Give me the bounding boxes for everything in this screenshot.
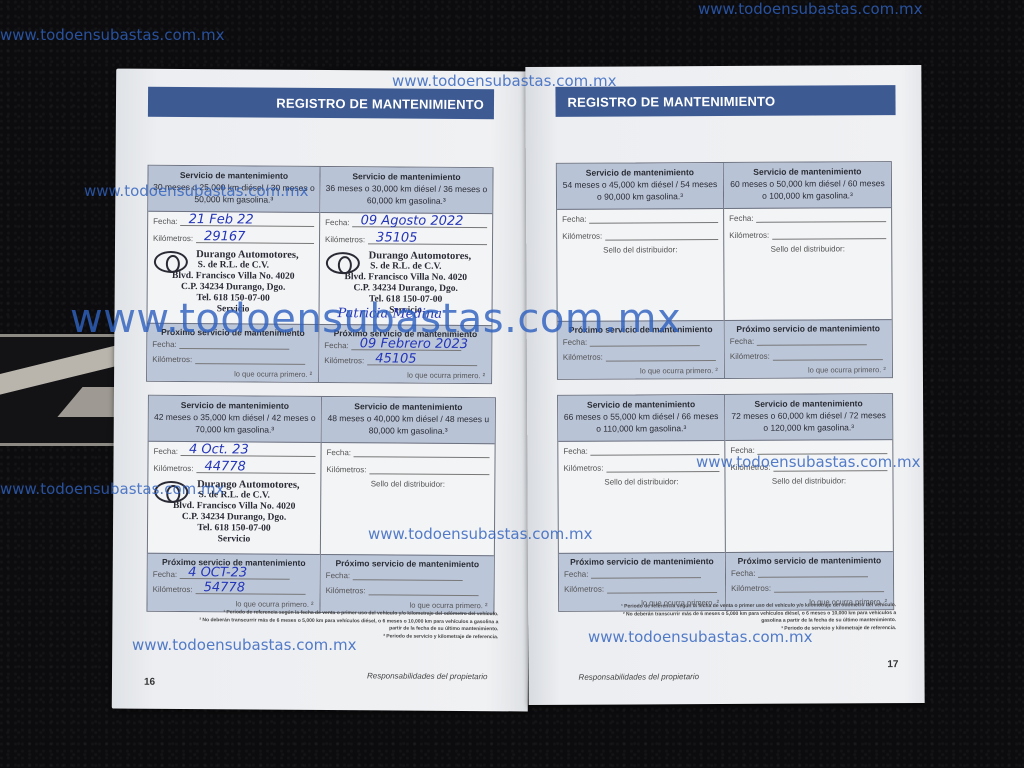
fecha-field[interactable]: Fecha: (322, 443, 495, 461)
handwritten-value: 45105 (375, 351, 416, 366)
fecha-field[interactable]: Fecha:09 Agosto 2022 (320, 213, 492, 231)
service-header: Servicio de mantenimiento 72 meses o 60,… (725, 394, 892, 441)
kilometros-input[interactable] (772, 229, 886, 240)
next-kilometros-input[interactable] (607, 583, 717, 594)
kilometros-label: Kilómetros: (730, 352, 770, 361)
stamp-area (321, 488, 494, 555)
footnotes: ¹ Periodo de referencia según la fecha d… (606, 602, 896, 634)
fecha-input[interactable] (354, 447, 490, 458)
service-interval: 30 meses o 25,000 km diésel / 30 meses o… (152, 181, 315, 206)
next-kilometros-input[interactable] (774, 582, 884, 593)
next-service: Próximo servicio de mantenimiento Fecha:… (725, 319, 892, 378)
next-fecha-field[interactable]: Fecha: (321, 568, 494, 584)
service-cell: Servicio de mantenimiento 54 meses o 45,… (557, 163, 725, 379)
stamp-area (726, 485, 893, 552)
service-header: Servicio de mantenimiento 54 meses o 45,… (557, 163, 723, 210)
service-cell: Servicio de mantenimiento 36 meses o 30,… (319, 167, 492, 383)
fecha-field[interactable]: Fecha: (557, 209, 723, 227)
next-fecha-input[interactable] (180, 339, 290, 350)
kilometros-label: Kilómetros: (730, 463, 770, 472)
fecha-label: Fecha: (325, 218, 350, 227)
kilometros-field[interactable]: Kilómetros: (557, 226, 723, 244)
kilometros-label: Kilómetros: (324, 356, 364, 365)
fecha-input[interactable]: 4 Oct. 23 (181, 446, 316, 457)
fecha-field[interactable]: Fecha: (558, 441, 724, 459)
next-fecha-input[interactable] (590, 336, 700, 347)
service-interval: 36 meses o 30,000 km diésel / 36 meses o… (324, 182, 488, 207)
service-cell: Servicio de mantenimiento 42 meses o 35,… (147, 396, 321, 612)
kilometros-label: Kilómetros: (563, 353, 603, 362)
next-kilometros-input[interactable]: 45105 (367, 355, 477, 366)
service-cell: Servicio de mantenimiento 72 meses o 60,… (725, 394, 893, 610)
kilometros-label: Kilómetros: (152, 355, 192, 364)
next-kilometros-field[interactable]: Kilómetros:45105 (319, 353, 491, 369)
stamp-area (559, 486, 725, 553)
next-kilometros-field[interactable]: Kilómetros: (725, 348, 892, 364)
fecha-label: Fecha: (563, 338, 588, 347)
next-fecha-field[interactable]: Fecha: (559, 566, 725, 582)
toyota-logo-icon (154, 481, 188, 503)
footnote-3: ³ Periodo de servicio y kilometraje de r… (606, 625, 896, 634)
next-fecha-input[interactable]: 4 OCT-23 (180, 569, 290, 580)
next-kilometros-field[interactable]: Kilómetros: (147, 352, 318, 368)
service-interval: 54 meses o 45,000 km diésel / 54 meses o… (561, 178, 719, 203)
next-service-title: Próximo servicio de mantenimiento (726, 552, 893, 566)
page-17: REGISTRO DE MANTENIMIENTO Servicio de ma… (525, 65, 924, 705)
fecha-label: Fecha: (730, 337, 755, 346)
kilometros-input[interactable]: 44778 (196, 463, 315, 474)
next-kilometros-input[interactable] (195, 354, 305, 365)
fecha-label: Fecha: (562, 215, 587, 224)
next-service: Próximo servicio de mantenimiento Fecha:… (726, 551, 893, 610)
whichever-first-note: lo que ocurra primero. ² (558, 364, 724, 377)
service-header: Servicio de mantenimiento 30 meses o 25,… (148, 166, 319, 213)
service-interval: 42 meses o 35,000 km diésel / 42 meses o… (153, 411, 317, 436)
next-fecha-input[interactable] (591, 568, 701, 579)
footnotes: ¹ Periodo de referencia según la fecha d… (198, 609, 498, 641)
fecha-label: Fecha: (731, 569, 756, 578)
next-kilometros-input[interactable] (606, 351, 716, 362)
service-header: Servicio de mantenimiento 60 meses o 50,… (724, 162, 891, 209)
whichever-first-note: lo que ocurra primero. ² (147, 597, 319, 610)
service-header: Servicio de mantenimiento 42 meses o 35,… (149, 396, 321, 443)
page-number: 17 (887, 659, 898, 670)
fecha-input[interactable]: 21 Feb 22 (181, 216, 315, 227)
stamp-dept: Servicio (150, 534, 318, 546)
next-service: Próximo servicio de mantenimiento Fecha:… (147, 553, 319, 612)
toyota-logo-icon (154, 251, 188, 273)
next-service-title: Próximo servicio de mantenimiento (321, 555, 494, 569)
next-service-title: Próximo servicio de mantenimiento (725, 320, 892, 334)
service-interval: 60 meses o 50,000 km diésel / 60 meses o… (728, 177, 887, 202)
kilometros-field[interactable]: Kilómetros:29167 (148, 229, 319, 247)
kilometros-input[interactable] (369, 464, 489, 475)
service-title: Servicio de mantenimiento (324, 170, 488, 183)
handwritten-value: 44778 (204, 459, 245, 474)
next-fecha-input[interactable] (353, 570, 463, 581)
kilometros-label: Kilómetros: (731, 584, 771, 593)
kilometros-label: Kilómetros: (562, 232, 602, 241)
fecha-label: Fecha: (152, 340, 177, 349)
kilometros-label: Kilómetros: (325, 235, 365, 244)
fecha-input[interactable]: 09 Agosto 2022 (353, 217, 488, 228)
service-interval: 66 meses o 55,000 km diésel / 66 meses o… (562, 410, 720, 435)
maintenance-block-3: Servicio de mantenimiento 54 meses o 45,… (556, 161, 893, 380)
next-fecha-field[interactable]: Fecha: (726, 565, 893, 581)
fecha-input[interactable] (757, 212, 887, 223)
handwritten-value: 54778 (204, 580, 245, 595)
page-16: REGISTRO DE MANTENIMIENTO Servicio de ma… (112, 69, 532, 712)
kilometros-label: Kilómetros: (326, 586, 366, 595)
whichever-first-note: lo que ocurra primero. ² (725, 363, 892, 376)
service-title: Servicio de mantenimiento (728, 165, 887, 178)
whichever-first-note: lo que ocurra primero. ² (319, 368, 491, 381)
service-title: Servicio de mantenimiento (152, 169, 315, 182)
stamp-area (724, 253, 891, 320)
kilometros-label: Kilómetros: (153, 464, 193, 473)
kilometros-label: Kilómetros: (153, 585, 193, 594)
kilometros-input[interactable] (606, 462, 719, 473)
fecha-label: Fecha: (564, 570, 589, 579)
service-cell: Servicio de mantenimiento 48 meses o 40,… (320, 397, 494, 613)
signature: Patricia Medina (337, 306, 442, 322)
next-kilometros-field[interactable]: Kilómetros: (321, 583, 494, 599)
handwritten-value: 09 Febrero 2023 (360, 336, 468, 352)
kilometros-field[interactable]: Kilómetros: (724, 225, 891, 243)
maintenance-block-4: Servicio de mantenimiento 66 meses o 55,… (557, 393, 894, 612)
handwritten-value: 35105 (376, 230, 417, 245)
maintenance-block-2: Servicio de mantenimiento 42 meses o 35,… (146, 395, 496, 614)
maintenance-block-1: Servicio de mantenimiento 30 meses o 25,… (146, 165, 494, 384)
handwritten-value: 4 OCT-23 (188, 565, 247, 580)
next-fecha-input[interactable]: 09 Febrero 2023 (352, 340, 462, 351)
stamp-area (557, 254, 723, 321)
service-cell: Servicio de mantenimiento 66 meses o 55,… (558, 395, 726, 611)
fecha-label: Fecha: (326, 571, 351, 580)
next-service: Próximo servicio de mantenimiento Fecha:… (319, 324, 491, 383)
kilometros-field[interactable]: Kilómetros: (558, 458, 724, 476)
kilometros-input[interactable]: 29167 (196, 233, 314, 244)
section-title: Responsabilidades del propietario (579, 672, 700, 682)
service-interval: 48 meses o 40,000 km diésel / 48 meses u… (326, 412, 491, 437)
service-interval: 72 meses o 60,000 km diésel / 72 meses o… (729, 409, 888, 434)
distributor-stamp: Durango Automotores, S. de R.L. de C.V. … (150, 479, 318, 546)
next-kilometros-input[interactable]: 54778 (196, 584, 306, 595)
toyota-logo-icon (326, 252, 360, 274)
fecha-field[interactable]: Fecha:21 Feb 22 (148, 212, 319, 230)
next-kilometros-field[interactable]: Kilómetros: (558, 349, 724, 365)
distributor-stamp: Durango Automotores, S. de R.L. de C.V. … (150, 249, 317, 316)
next-service: Próximo servicio de mantenimiento Fecha:… (559, 552, 725, 611)
fecha-label: Fecha: (730, 446, 755, 455)
footnote-3: ³ Periodo de servicio y kilometraje de r… (198, 632, 498, 642)
next-service: Próximo servicio de mantenimiento Fecha:… (320, 554, 493, 613)
kilometros-field[interactable]: Kilómetros:44778 (148, 459, 320, 477)
service-header: Servicio de mantenimiento 36 meses o 30,… (320, 167, 492, 214)
service-title: Servicio de mantenimiento (562, 398, 720, 411)
next-fecha-input[interactable] (757, 335, 867, 346)
next-service-title: Próximo servicio de mantenimiento (559, 553, 725, 567)
service-title: Servicio de mantenimiento (153, 399, 317, 412)
section-title: Responsabilidades del propietario (367, 671, 488, 681)
next-service-title: Próximo servicio de mantenimiento (147, 324, 318, 338)
kilometros-label: Kilómetros: (153, 234, 193, 243)
stamp-area: Durango Automotores, S. de R.L. de C.V. … (319, 258, 491, 325)
service-cell: Servicio de mantenimiento 60 meses o 50,… (724, 162, 892, 378)
fecha-input[interactable] (590, 213, 719, 224)
service-title: Servicio de mantenimiento (561, 166, 719, 179)
kilometros-field[interactable]: Kilómetros:35105 (320, 230, 492, 248)
service-header: Servicio de mantenimiento 66 meses o 55,… (558, 395, 724, 442)
fecha-label: Fecha: (729, 214, 754, 223)
floor-mat-emblem (0, 334, 120, 446)
stamp-area: Durango Automotores, S. de R.L. de C.V. … (148, 487, 320, 554)
page-number: 16 (144, 677, 155, 688)
fecha-label: Fecha: (153, 570, 178, 579)
fecha-label: Fecha: (154, 447, 179, 456)
next-fecha-field[interactable]: Fecha: (725, 333, 892, 349)
next-service: Próximo servicio de mantenimiento Fecha:… (558, 320, 724, 379)
fecha-label: Fecha: (153, 217, 178, 226)
footnote-2: ² No deberán transcurrir más de 6 meses … (606, 610, 896, 627)
next-service-title: Próximo servicio de mantenimiento (558, 321, 724, 335)
kilometros-label: Kilómetros: (326, 465, 366, 474)
whichever-first-note: lo que ocurra primero. ² (147, 367, 318, 380)
fecha-label: Fecha: (327, 448, 352, 457)
service-header: Servicio de mantenimiento 48 meses o 40,… (322, 397, 495, 444)
page-banner: REGISTRO DE MANTENIMIENTO (555, 85, 895, 117)
next-fecha-field[interactable]: Fecha: (558, 334, 724, 350)
next-kilometros-field[interactable]: Kilómetros: (559, 581, 725, 597)
next-service: Próximo servicio de mantenimiento Fecha:… (147, 323, 318, 382)
fecha-label: Fecha: (324, 341, 349, 350)
fecha-field[interactable]: Fecha:4 Oct. 23 (149, 442, 321, 460)
kilometros-input[interactable]: 35105 (368, 234, 487, 245)
service-cell: Servicio de mantenimiento 30 meses o 25,… (147, 166, 320, 382)
next-kilometros-field[interactable]: Kilómetros: (726, 580, 893, 596)
next-kilometros-input[interactable] (773, 350, 883, 361)
service-title: Servicio de mantenimiento (729, 397, 888, 410)
next-fecha-input[interactable] (758, 567, 868, 578)
fecha-input[interactable] (591, 445, 720, 456)
handwritten-value: 21 Feb 22 (189, 212, 254, 227)
kilometros-label: Kilómetros: (729, 231, 769, 240)
kilometros-field[interactable]: Kilómetros: (321, 460, 494, 478)
handwritten-value: 09 Agosto 2022 (361, 213, 464, 229)
kilometros-input[interactable] (605, 230, 718, 241)
fecha-input[interactable] (758, 444, 888, 455)
kilometros-label: Kilómetros: (563, 464, 603, 473)
fecha-label: Fecha: (563, 447, 588, 456)
stamp-dept: Servicio (150, 304, 317, 316)
kilometros-field[interactable]: Kilómetros: (725, 457, 892, 475)
kilometros-input[interactable] (773, 461, 887, 472)
page-banner: REGISTRO DE MANTENIMIENTO (148, 87, 494, 119)
kilometros-label: Kilómetros: (564, 585, 604, 594)
stamp-area: Durango Automotores, S. de R.L. de C.V. … (147, 257, 318, 324)
handwritten-value: 29167 (204, 229, 245, 244)
fecha-field[interactable]: Fecha: (724, 208, 891, 226)
handwritten-value: 4 Oct. 23 (189, 442, 249, 457)
next-kilometros-field[interactable]: Kilómetros:54778 (148, 582, 320, 598)
fecha-field[interactable]: Fecha: (725, 440, 892, 458)
next-kilometros-input[interactable] (369, 585, 479, 596)
next-fecha-field[interactable]: Fecha: (147, 337, 318, 353)
